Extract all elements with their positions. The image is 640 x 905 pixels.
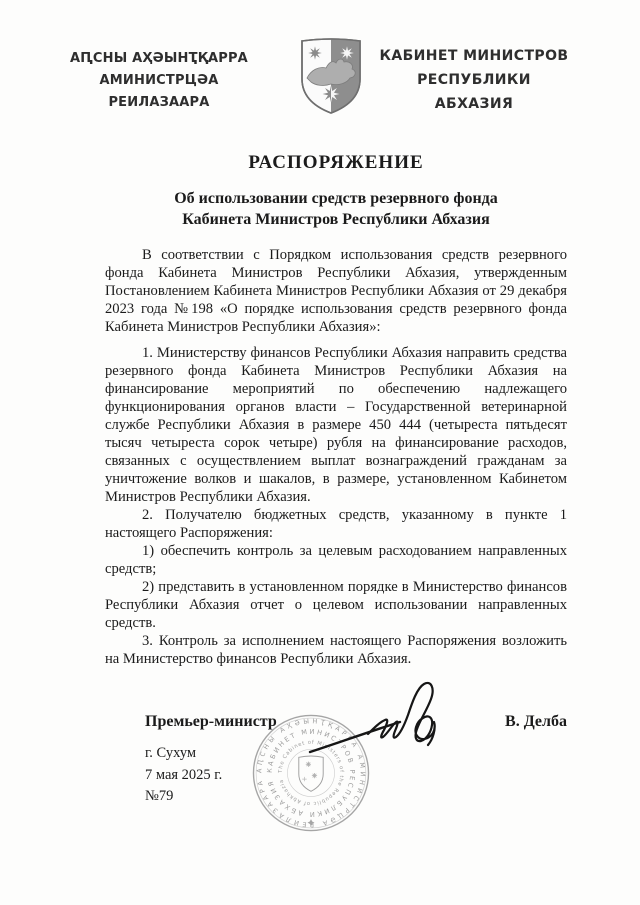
org-name-russian: КАБИНЕТ МИНИСТРОВ РЕСПУБЛИКИ АБХАЗИЯ [376,44,572,116]
document-body: В соответствии с Порядком использования … [105,246,567,668]
org-name-abkhazian-line2: АМИНИСТРЦӘА РЕИЛАЗААРА [60,70,258,114]
org-name-russian-line2: РЕСПУБЛИКИ АБХАЗИЯ [376,68,572,116]
body-paragraph: 3. Контроль за исполнением настоящего Ра… [105,632,567,668]
document-type-title: РАСПОРЯЖЕНИЕ [105,152,567,174]
place-line: г. Сухум [145,743,222,765]
body-paragraph: 1) обеспечить контроль за целевым расход… [105,542,567,578]
document-subject-line1: Об использовании средств резервного фонд… [105,188,567,209]
body-paragraph: 2) представить в установленном порядке в… [105,578,567,632]
org-name-abkhazian: АԤСНЫ АҲӘЫНҬҚАРРА АМИНИСТРЦӘА РЕИЛАЗААРА [60,48,258,114]
org-name-abkhazian-line1: АԤСНЫ АҲӘЫНҬҚАРРА [60,48,258,70]
document-subject-line2: Кабинета Министров Республики Абхазия [105,209,567,230]
org-name-russian-line1: КАБИНЕТ МИНИСТРОВ [376,44,572,68]
document-number: №79 [145,786,222,808]
document-page: АԤСНЫ АҲӘЫНҬҚАРРА АМИНИСТРЦӘА РЕИЛАЗААРА… [0,0,640,905]
body-paragraph: 1. Министерству финансов Республики Абха… [105,344,567,506]
handwritten-signature [300,676,450,762]
coat-of-arms-icon [299,36,363,116]
body-paragraph: В соответствии с Порядком использования … [105,246,567,336]
document-subject: Об использовании средств резервного фонд… [105,188,567,230]
date-line: 7 мая 2025 г. [145,765,222,787]
signer-name: В. Делба [505,713,567,731]
body-paragraph: 2. Получателю бюджетных средств, указанн… [105,506,567,542]
document-content: РАСПОРЯЖЕНИЕ Об использовании средств ре… [105,152,567,668]
document-meta: г. Сухум 7 мая 2025 г. №79 [145,743,222,808]
